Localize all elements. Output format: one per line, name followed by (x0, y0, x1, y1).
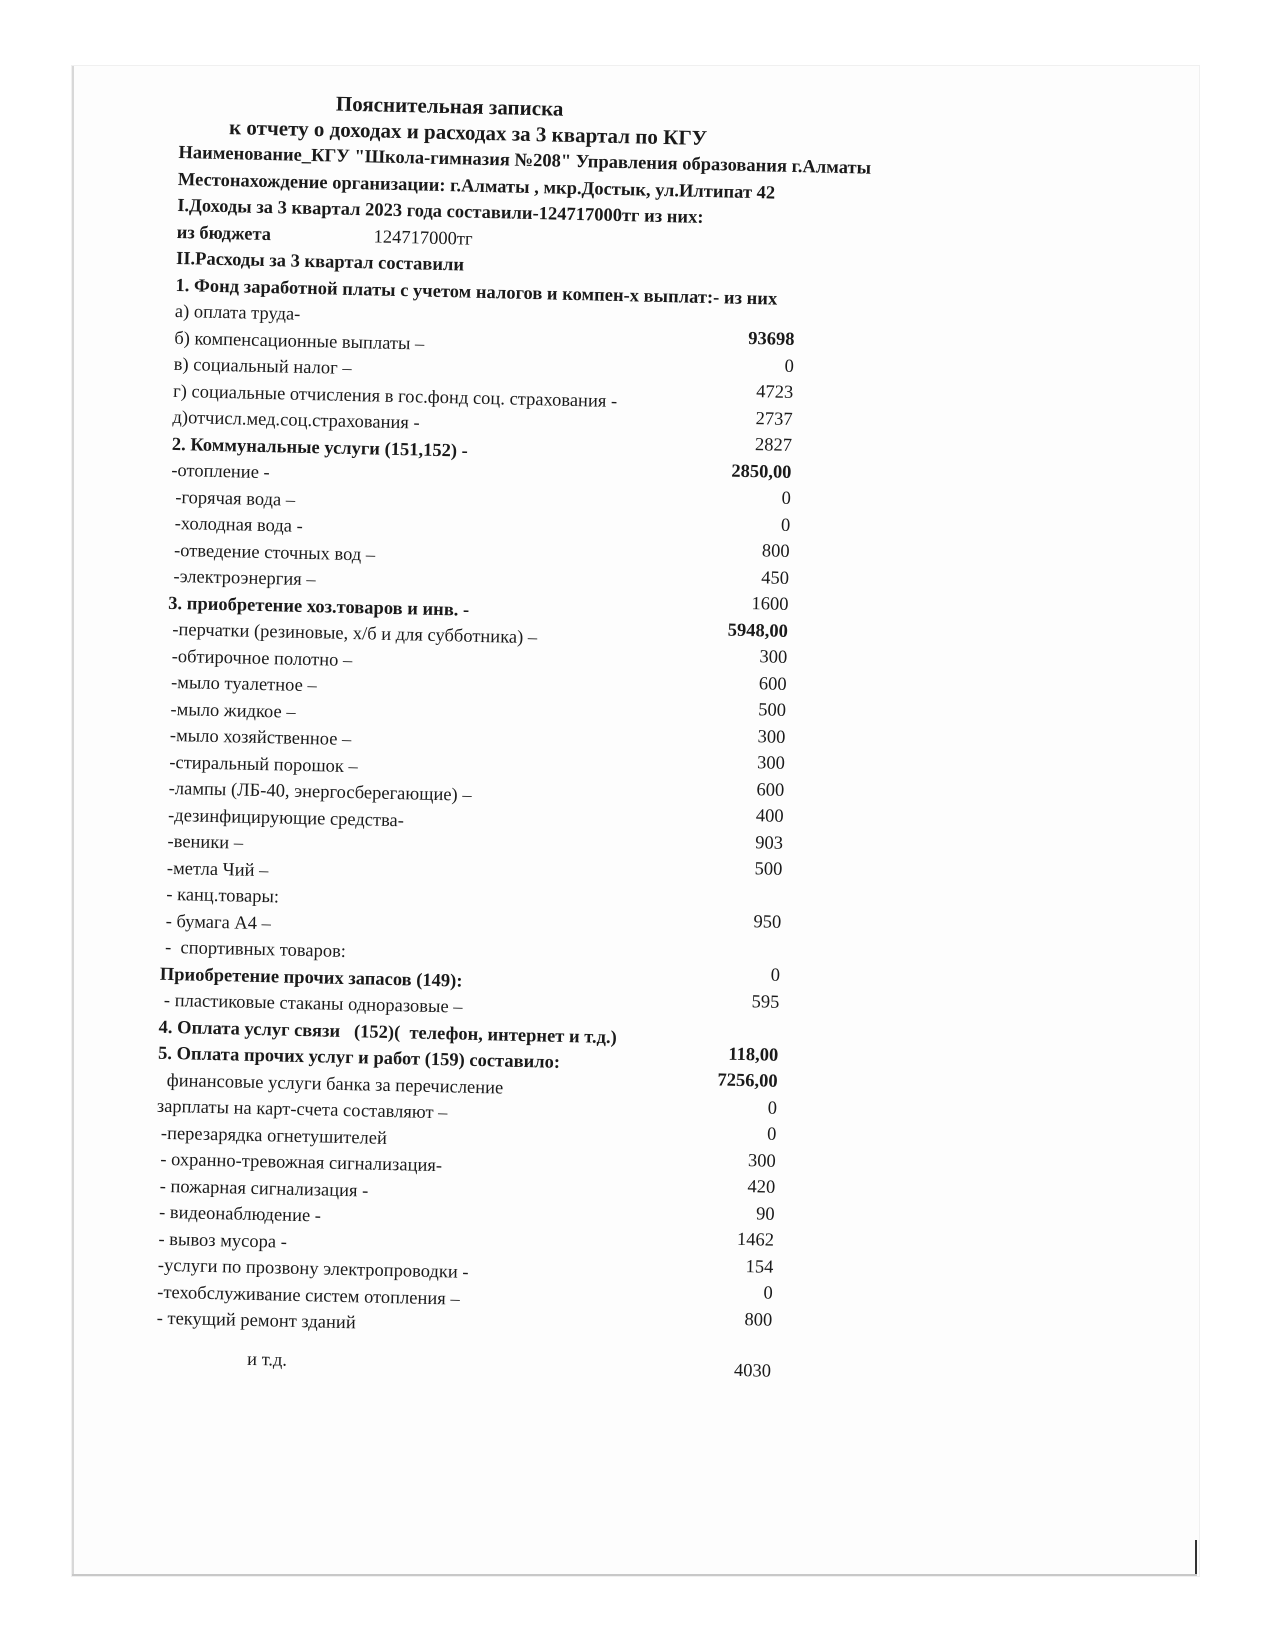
expense-label: -мыло жидкое – (166, 696, 296, 725)
final-row-label: и т.д. (151, 1332, 288, 1374)
document-body: Пояснительная записка к отчету о доходах… (151, 88, 800, 1382)
final-row-value: 4030 (734, 1357, 772, 1384)
sheet-edge (72, 1574, 1197, 1576)
expense-label: -горячая вода – (170, 484, 295, 513)
budget-label: из бюджета (176, 222, 271, 244)
expense-label: -мыло туалетное – (166, 670, 317, 700)
expense-label: -отопление - (171, 458, 270, 487)
expense-label: - видеонаблюдение - (154, 1200, 321, 1230)
expense-label: - спортивных товаров: (160, 935, 346, 966)
expense-label: -мыло хозяйственное – (165, 723, 352, 754)
expense-label: -холодная вода - (170, 511, 303, 541)
expense-label: в) социальный налог – (173, 352, 351, 383)
expense-label: а) оплата труда- (175, 299, 301, 328)
expense-label: -веники – (163, 829, 244, 857)
expense-list: а) оплата труда-93698б) компенсационные … (152, 299, 795, 1346)
expense-label: - вывоз мусора - (154, 1226, 288, 1256)
expense-label: -электроэнергия – (169, 564, 316, 594)
expense-label: -обтирочное полотно – (167, 643, 353, 674)
sheet-edge (1195, 1540, 1197, 1576)
budget-amount: 124717000тг (373, 224, 473, 253)
expense-label: -метла Чий – (162, 855, 269, 884)
expense-label: - канц.товары: (161, 882, 279, 911)
expense-label: - бумага А4 – (161, 908, 271, 937)
